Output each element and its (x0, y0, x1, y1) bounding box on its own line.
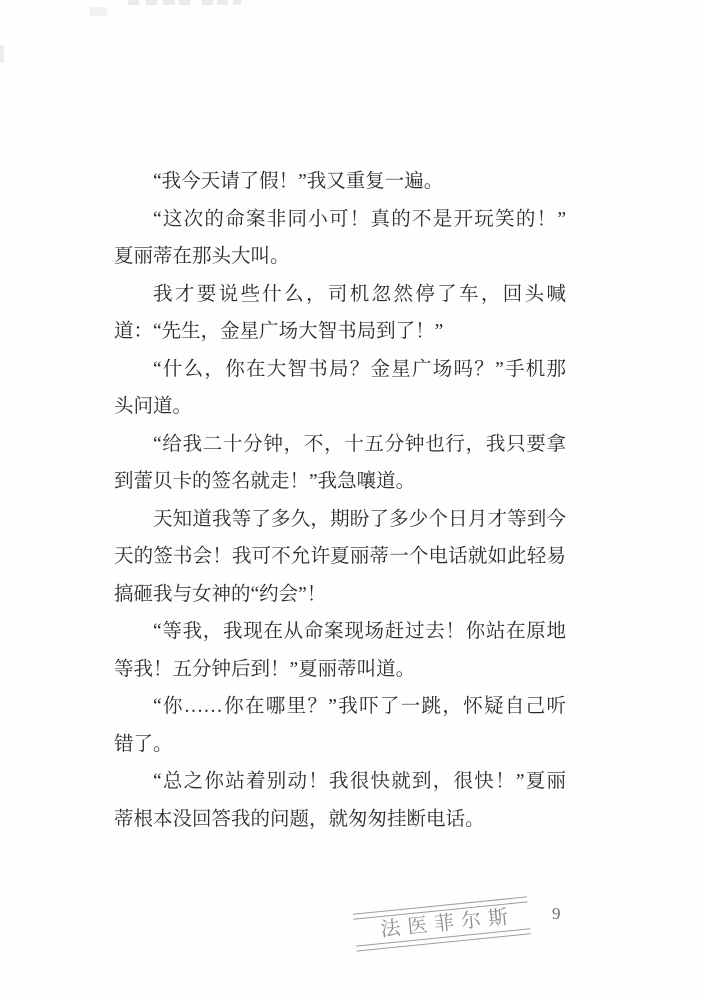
paragraph: “等我，我现在从命案现场赶过去！你站在原地等我！五分钟后到！”夏丽蒂叫道。 (114, 613, 566, 688)
text-line: “这次的命案非同小可！真的不是开玩笑的！” (114, 201, 566, 239)
text-block: “我今天请了假！”我又重复一遍。“这次的命案非同小可！真的不是开玩笑的！”夏丽蒂… (114, 163, 566, 838)
text-line: 我才要说些什么，司机忽然停了车，回头喊 (114, 276, 566, 314)
paragraph: “这次的命案非同小可！真的不是开玩笑的！”夏丽蒂在那头大叫。 (114, 201, 566, 276)
text-line: “给我二十分钟，不，十五分钟也行，我只要拿 (114, 426, 566, 464)
text-line: 搞砸我与女神的“约会”！ (114, 576, 566, 614)
scan-artifact (146, 0, 157, 5)
scan-artifact (90, 7, 107, 16)
paragraph: 天知道我等了多久，期盼了多少个日月才等到今天的签书会！我可不允许夏丽蒂一个电话就… (114, 501, 566, 614)
text-line: “你……你在哪里？”我吓了一跳，怀疑自己听 (114, 688, 566, 726)
scan-artifact (179, 0, 190, 5)
text-line: “等我，我现在从命案现场赶过去！你站在原地 (114, 613, 566, 651)
scan-artifact (0, 45, 4, 63)
scan-artifact (128, 0, 139, 5)
book-page: “我今天请了假！”我又重复一遍。“这次的命案非同小可！真的不是开玩笑的！”夏丽蒂… (0, 0, 705, 1000)
text-line: 等我！五分钟后到！”夏丽蒂叫道。 (114, 651, 566, 689)
text-line: 天知道我等了多久，期盼了多少个日月才等到今 (114, 501, 566, 539)
text-line: 头问道。 (114, 388, 566, 426)
paragraph: “我今天请了假！”我又重复一遍。 (114, 163, 566, 201)
text-line: 蒂根本没回答我的问题，就匆匆挂断电话。 (114, 801, 566, 839)
paragraph: “你……你在哪里？”我吓了一跳，怀疑自己听错了。 (114, 688, 566, 763)
page-number: 9 (552, 904, 561, 924)
paragraph: 我才要说些什么，司机忽然停了车，回头喊道：“先生，金星广场大智书局到了！” (114, 276, 566, 351)
paragraph: “总之你站着别动！我很快就到，很快！”夏丽蒂根本没回答我的问题，就匆匆挂断电话。 (114, 763, 566, 838)
text-line: 到蕾贝卡的签名就走！”我急嚷道。 (114, 463, 566, 501)
text-line: 夏丽蒂在那头大叫。 (114, 238, 566, 276)
scan-artifact (163, 0, 175, 5)
paragraph: “什么，你在大智书局？金星广场吗？”手机那头问道。 (114, 351, 566, 426)
scan-artifact (217, 0, 228, 5)
paragraph: “给我二十分钟，不，十五分钟也行，我只要拿到蕾贝卡的签名就走！”我急嚷道。 (114, 426, 566, 501)
scan-artifact (202, 0, 213, 5)
footer-banner: 法医菲尔斯 (349, 884, 535, 958)
text-line: 错了。 (114, 726, 566, 764)
text-line: “我今天请了假！”我又重复一遍。 (114, 163, 566, 201)
scan-artifact (233, 0, 241, 5)
text-line: “什么，你在大智书局？金星广场吗？”手机那 (114, 351, 566, 389)
text-line: 道：“先生，金星广场大智书局到了！” (114, 313, 566, 351)
text-line: 天的签书会！我可不允许夏丽蒂一个电话就如此轻易 (114, 538, 566, 576)
text-line: “总之你站着别动！我很快就到，很快！”夏丽 (114, 763, 566, 801)
